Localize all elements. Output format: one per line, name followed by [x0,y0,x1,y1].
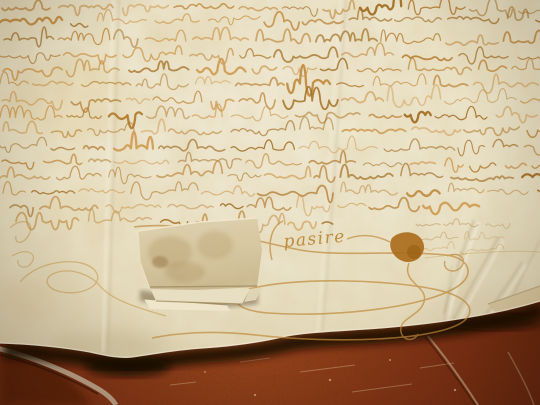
ink-blot-spot [407,245,421,259]
photo-of-manuscript: pasire [0,0,540,405]
patch-fold-line [150,286,257,287]
